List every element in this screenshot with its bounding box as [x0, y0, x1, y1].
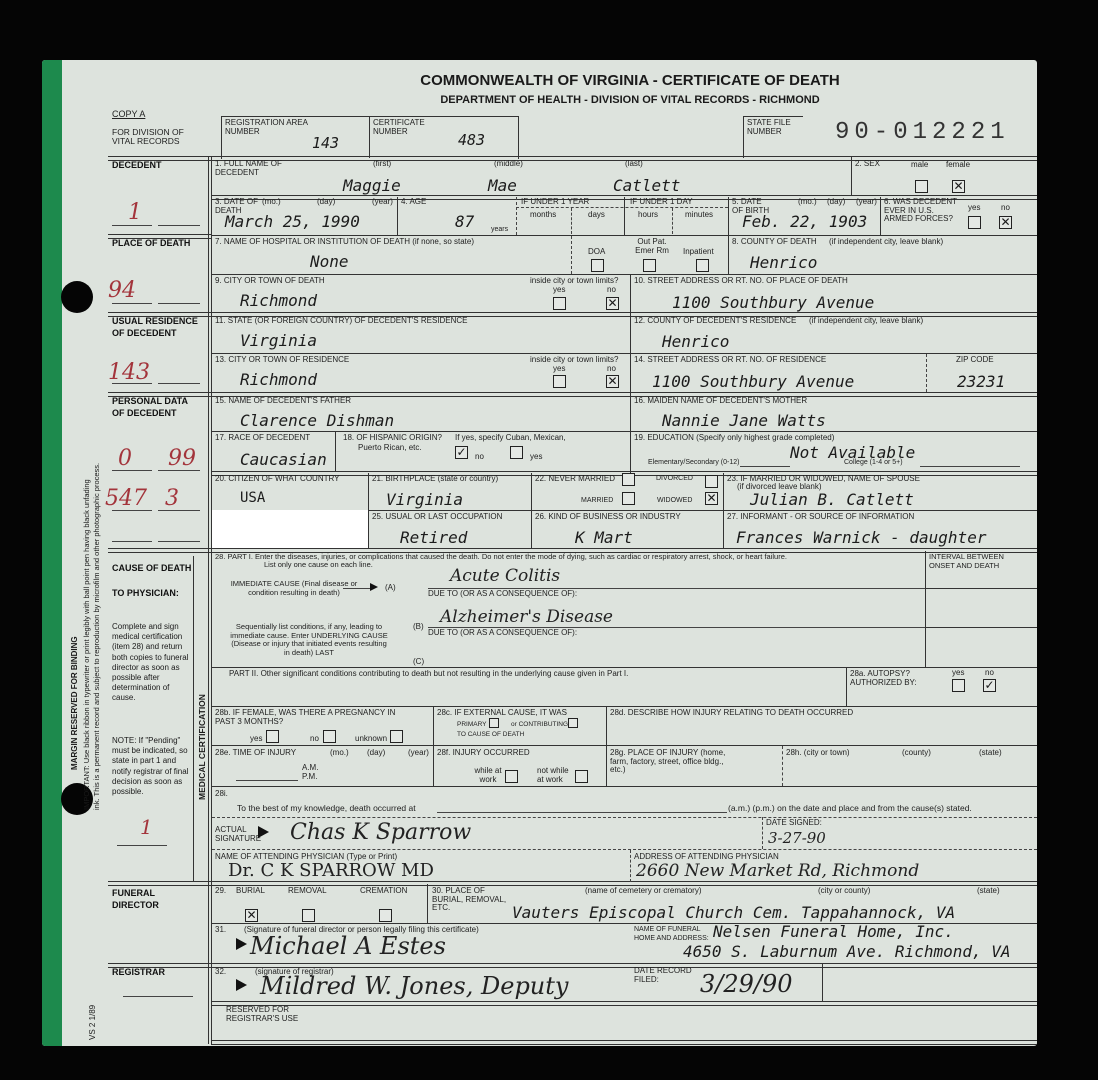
f2-label: 2. SEX	[855, 160, 880, 169]
f1-label: 1. FULL NAME OF DECEDENT	[215, 160, 295, 177]
widowed-label: WIDOWED	[657, 497, 692, 506]
while-at-work-label: while at work	[473, 767, 503, 784]
f25-label: 25. USUAL OR LAST OCCUPATION	[372, 513, 502, 522]
f9-yes: yes	[553, 286, 565, 295]
armed-no-label: no	[1001, 204, 1010, 213]
describe-injury-label: 28d. DESCRIBE HOW INJURY RELATING TO DEA…	[610, 709, 853, 718]
code-race-1: 0	[118, 446, 132, 471]
f3-mo: (mo.)	[262, 198, 281, 207]
copy-label: COPY A	[112, 110, 145, 119]
death-street-address[interactable]: 1100 Southbury Avenue	[672, 293, 874, 312]
preg-yes-checkbox[interactable]	[266, 730, 279, 743]
funeral-home-name[interactable]: Nelsen Funeral Home, Inc.	[713, 922, 954, 941]
physician-signature[interactable]: Chas K Sparrow	[290, 820, 471, 845]
code-citizen-2: 3	[165, 486, 179, 511]
autopsy-yes-checkbox[interactable]	[952, 679, 965, 692]
cremation-label: CREMATION	[360, 887, 407, 896]
not-while-at-work-label: not while at work	[537, 767, 573, 784]
preg-no-label: no	[310, 735, 319, 744]
f17-label: 17. RACE OF DECEDENT	[215, 434, 310, 443]
section-funeral-director: FUNERAL DIRECTOR	[112, 888, 182, 911]
date-filed-label: DATE RECORD FILED:	[634, 967, 704, 984]
armed-yes-label: yes	[968, 204, 980, 213]
arrow-icon	[236, 938, 247, 950]
never-married-label: 22. NEVER MARRIED	[535, 475, 615, 484]
f27-label: 27. INFORMANT - OR SOURCE OF INFORMATION	[727, 513, 914, 522]
injury-city-label: 28h. (city or town)	[786, 749, 850, 758]
physician-address[interactable]: 2660 New Market Rd, Richmond	[636, 861, 919, 881]
f8-hint: (if independent city, leave blank)	[829, 238, 943, 247]
while-at-work-checkbox[interactable]	[505, 770, 518, 783]
hispanic-no-checkbox[interactable]: ✓	[455, 446, 468, 459]
code-place: 94	[108, 278, 136, 303]
hours-label: hours	[638, 211, 658, 220]
autopsy-no-label: no	[985, 669, 994, 678]
decedent-middle-name[interactable]: Mae	[488, 176, 517, 195]
f4-label: 4. AGE	[401, 198, 426, 207]
spouse-name[interactable]: Julian B. Catlett	[750, 490, 914, 509]
due-to-a: DUE TO (OR AS A CONSEQUENCE OF):	[428, 590, 577, 599]
race[interactable]: Caucasian	[240, 450, 327, 469]
form-id: VS 2 1/89	[88, 1005, 97, 1040]
f18-hint: If yes, specify Cuban, Mexican,	[455, 434, 566, 443]
reserved-label: RESERVED FOR REGISTRAR'S USE	[226, 1006, 326, 1023]
external-cause-label: 28c. IF EXTERNAL CAUSE, IT WAS	[437, 709, 567, 718]
cause-a-letter: (A)	[385, 584, 396, 593]
arrow-icon	[258, 826, 269, 838]
f30-label: 30. PLACE OF BURIAL, REMOVAL, ETC.	[432, 887, 512, 913]
item-28i: 28i.	[215, 790, 228, 799]
removal-label: REMOVAL	[288, 887, 327, 896]
death-limits-no-checkbox[interactable]: ✕	[606, 297, 619, 310]
cert-number-value: 483	[458, 131, 485, 149]
f1-middle-label: (middle)	[494, 160, 523, 169]
code-cause: 1	[140, 815, 153, 839]
f13-no: no	[607, 365, 616, 374]
primary-checkbox[interactable]	[489, 718, 499, 728]
knowledge-statement-end: (a.m.) (p.m.) on the date and place and …	[728, 804, 972, 813]
age-years[interactable]: 87	[455, 212, 474, 231]
cause-b-letter: (B)	[413, 623, 424, 632]
f13-yes: yes	[553, 365, 565, 374]
injury-occurred-label: 28f. INJURY OCCURRED	[437, 749, 530, 758]
outpat-checkbox[interactable]	[643, 259, 656, 272]
under-day-label: IF UNDER 1 DAY	[630, 198, 693, 207]
f5-year: (year)	[856, 198, 877, 207]
f5-mo: (mo.)	[798, 198, 817, 207]
f21-label: 21. BIRTHPLACE (state or country)	[372, 475, 498, 484]
f18-hint2: Puerto Rican, etc.	[358, 444, 422, 453]
cause-a[interactable]: Acute Colitis	[450, 566, 560, 586]
medical-certification-label: MEDICAL CERTIFICATION	[197, 694, 207, 800]
code-decedent: 1	[128, 200, 142, 225]
f14-label: 14. STREET ADDRESS OR RT. NO. OF RESIDEN…	[634, 356, 826, 365]
divorced-checkbox[interactable]	[705, 475, 718, 488]
f20-label: 20. CITIZEN OF WHAT COUNTRY	[215, 475, 339, 484]
city-of-death[interactable]: Richmond	[240, 291, 317, 310]
injury-state-label: (state)	[979, 749, 1002, 758]
autopsy-yes-label: yes	[952, 669, 964, 678]
autopsy-no-checkbox[interactable]: ✓	[983, 679, 996, 692]
redacted-field	[212, 510, 368, 548]
zip-label: ZIP CODE	[956, 356, 994, 365]
registrar-signature[interactable]: Mildred W. Jones, Deputy	[260, 972, 568, 1000]
hispanic-yes-checkbox[interactable]	[510, 446, 523, 459]
sequential-instruction: Sequentially list conditions, if any, le…	[229, 623, 389, 657]
birthplace[interactable]: Virginia	[386, 490, 463, 509]
margin-permanent: ink. This is a permanent record and subj…	[92, 463, 101, 810]
time-mo: (mo.)	[330, 749, 349, 758]
outpat-label: Out Pat. Emer Rm	[634, 238, 670, 255]
autopsy-label: 28a. AUTOPSY? AUTHORIZED BY:	[850, 670, 925, 687]
f1-first-label: (first)	[373, 160, 391, 169]
date-of-birth[interactable]: Feb. 22, 1903	[742, 212, 867, 231]
interval-label: INTERVAL BETWEEN ONSET AND DEATH	[929, 553, 1009, 570]
zip-code[interactable]: 23231	[957, 372, 1005, 391]
primary-label: PRIMARY	[457, 721, 487, 730]
code-citizen-1: 547	[105, 486, 147, 511]
contributing-checkbox[interactable]	[568, 718, 578, 728]
pending-note: NOTE: If "Pending" must be indicated, so…	[112, 736, 192, 797]
arrow-icon	[236, 979, 247, 991]
f9-no: no	[607, 286, 616, 295]
cause-b[interactable]: Alzheimer's Disease	[440, 607, 613, 627]
f31-label: 31.	[215, 926, 226, 935]
date-of-death[interactable]: March 25, 1990	[225, 212, 360, 231]
sex-female-label: female	[946, 161, 970, 170]
f8-label: 8. COUNTY OF DEATH	[732, 238, 817, 247]
death-limits-yes-checkbox[interactable]	[553, 297, 566, 310]
f3-day: (day)	[317, 198, 335, 207]
section-place-of-death: PLACE OF DEATH	[112, 238, 192, 250]
time-injury-label: 28e. TIME OF INJURY	[215, 749, 296, 758]
state-file-label: STATE FILE NUMBER	[747, 119, 807, 136]
pregnancy-label: 28b. IF FEMALE, WAS THERE A PREGNANCY IN…	[215, 709, 405, 726]
f13-label: 13. CITY OR TOWN OF RESIDENCE	[215, 356, 349, 365]
section-usual-residence: USUAL RESIDENCE OF DECEDENT	[112, 316, 202, 339]
to-physician: TO PHYSICIAN:	[112, 588, 182, 600]
f19-elementary: Elementary/Secondary (0-12)	[648, 459, 739, 468]
time-day: (day)	[367, 749, 385, 758]
f13-limits: inside city or town limits?	[530, 356, 618, 365]
inpatient-checkbox[interactable]	[696, 259, 709, 272]
f9-label: 9. CITY OR TOWN OF DEATH	[215, 277, 325, 286]
f26-label: 26. KIND OF BUSINESS OR INDUSTRY	[535, 513, 681, 522]
city-hint: (city or county)	[818, 887, 870, 896]
binding-strip	[42, 60, 62, 1046]
burial-label: BURIAL	[236, 887, 265, 896]
f12-label: 12. COUNTY OF DECEDENT'S RESIDENCE	[634, 317, 796, 326]
education[interactable]: Not Available	[790, 443, 915, 462]
margin-title: MARGIN RESERVED FOR BINDING	[70, 636, 79, 770]
punch-hole	[61, 281, 93, 313]
inpatient-label: Inpatient	[683, 248, 714, 257]
not-while-at-work-checkbox[interactable]	[575, 770, 588, 783]
section-personal-data: PERSONAL DATA OF DECEDENT	[112, 396, 192, 419]
code-race-2: 99	[168, 446, 196, 471]
hispanic-yes-label: yes	[530, 453, 542, 462]
f16-label: 16. MAIDEN NAME OF DECEDENT'S MOTHER	[634, 397, 807, 406]
hispanic-no-label: no	[475, 453, 484, 462]
f29-label: 29.	[215, 887, 226, 896]
sex-male-label: male	[911, 161, 928, 170]
funeral-home-address[interactable]: 4650 S. Laburnum Ave. Richmond, VA	[683, 942, 1011, 961]
time-year: (year)	[408, 749, 429, 758]
doa-label: DOA	[588, 248, 605, 257]
margin-important: IMPORTANT: Use black ribbon in typewrite…	[82, 479, 91, 810]
date-signed[interactable]: 3-27-90	[768, 829, 826, 847]
cause-c-letter: (C)	[413, 658, 424, 667]
f18-label: 18. OF HISPANIC ORIGIN?	[343, 434, 442, 443]
armed-yes-checkbox[interactable]	[968, 216, 981, 229]
f11-label: 11. STATE (OR FOREIGN COUNTRY) OF DECEDE…	[215, 317, 468, 326]
cert-number-label: CERTIFICATE NUMBER	[373, 119, 443, 136]
widowed-checkbox[interactable]: ✕	[705, 492, 718, 505]
doa-checkbox[interactable]	[591, 259, 604, 272]
armed-no-checkbox[interactable]: ✕	[999, 216, 1012, 229]
residence-street[interactable]: 1100 Southbury Avenue	[652, 372, 854, 391]
part1-instruction-2: List only one cause on each line.	[264, 561, 373, 570]
f12-hint: (if independent city, leave blank)	[809, 317, 923, 326]
residence-county[interactable]: Henrico	[662, 332, 729, 351]
section-registrar: REGISTRAR	[112, 967, 165, 979]
hospital-name[interactable]: None	[310, 252, 349, 271]
physician-name[interactable]: Dr. C K SPARROW MD	[228, 860, 434, 881]
preg-unknown-checkbox[interactable]	[390, 730, 403, 743]
minutes-label: minutes	[685, 211, 713, 220]
divorced-label: DIVORCED	[656, 475, 693, 484]
under-year-label: IF UNDER 1 YEAR	[521, 198, 589, 207]
part2-instruction: PART II. Other significant conditions co…	[229, 670, 628, 679]
f10-label: 10. STREET ADDRESS OR RT. NO. OF PLACE O…	[634, 277, 848, 286]
reg-area-label: REGISTRATION AREA NUMBER	[225, 119, 315, 136]
immediate-cause-label: IMMEDIATE CAUSE (Final disease or condit…	[229, 580, 359, 597]
f5-day: (day)	[827, 198, 845, 207]
certificate-subtitle: DEPARTMENT OF HEALTH - DIVISION OF VITAL…	[210, 94, 1050, 106]
date-filed[interactable]: 3/29/90	[700, 970, 793, 998]
contributing-label: or CONTRIBUTING	[511, 721, 568, 730]
arrow-icon	[370, 583, 378, 591]
funeral-home-label: NAME OF FUNERAL HOME AND ADDRESS:	[634, 926, 714, 943]
reg-area-value: 143	[312, 134, 339, 152]
state-hint: (state)	[977, 887, 1000, 896]
knowledge-statement: To the best of my knowledge, death occur…	[237, 804, 416, 813]
informant[interactable]: Frances Warnick - daughter	[736, 528, 986, 547]
cemetery-hint: (name of cemetery or crematory)	[585, 887, 701, 896]
burial-checkbox[interactable]: ✕	[245, 909, 258, 922]
copy-for-label: FOR DIVISION OF VITAL RECORDS	[112, 128, 207, 146]
occupation[interactable]: Retired	[400, 528, 467, 547]
f9-limits: inside city or town limits?	[530, 277, 618, 286]
years-label: years	[491, 226, 508, 235]
preg-yes-label: yes	[250, 735, 262, 744]
res-limits-no-checkbox[interactable]: ✕	[606, 375, 619, 388]
days-label: days	[588, 211, 605, 220]
section-decedent: DECEDENT	[112, 160, 162, 172]
sex-female-checkbox[interactable]: ✕	[952, 180, 965, 193]
preg-unknown-label: unknown	[355, 735, 387, 744]
never-married-checkbox[interactable]	[622, 473, 635, 486]
father-name[interactable]: Clarence Dishman	[240, 411, 394, 430]
cremation-checkbox[interactable]	[379, 909, 392, 922]
state-file-number: 90-012221	[835, 119, 1010, 146]
res-limits-yes-checkbox[interactable]	[553, 375, 566, 388]
f32-label: 32.	[215, 968, 226, 977]
f1-last-label: (last)	[625, 160, 643, 169]
certificate-title: COMMONWEALTH OF VIRGINIA - CERTIFICATE O…	[210, 72, 1050, 89]
place-injury-label: 28g. PLACE OF INJURY (home, farm, factor…	[610, 749, 740, 775]
residence-state[interactable]: Virginia	[240, 331, 317, 350]
date-signed-label: DATE SIGNED:	[766, 819, 822, 828]
pm-label: P.M.	[302, 773, 317, 782]
f3-year: (year)	[372, 198, 393, 207]
funeral-director-signature[interactable]: Michael A Estes	[250, 932, 446, 960]
due-to-b: DUE TO (OR AS A CONSEQUENCE OF):	[428, 629, 577, 638]
mother-maiden-name[interactable]: Nannie Jane Watts	[662, 411, 826, 430]
injury-county-label: (county)	[902, 749, 931, 758]
code-residence: 143	[108, 360, 150, 385]
married-label: MARRIED	[581, 497, 613, 506]
sex-male-checkbox[interactable]	[915, 180, 928, 193]
place-of-burial[interactable]: Vauters Episcopal Church Cem. Tappahanno…	[512, 903, 955, 922]
section-cause-of-death: CAUSE OF DEATH	[112, 563, 191, 575]
f19-label: 19. EDUCATION (Specify only highest grad…	[634, 434, 834, 443]
to-cause-label: TO CAUSE OF DEATH	[457, 731, 524, 740]
decedent-last-name[interactable]: Catlett	[613, 176, 680, 195]
married-checkbox[interactable]	[622, 492, 635, 505]
residence-city[interactable]: Richmond	[240, 370, 317, 389]
removal-checkbox[interactable]	[302, 909, 315, 922]
county-of-death[interactable]: Henrico	[750, 253, 817, 272]
f7-label: 7. NAME OF HOSPITAL OR INSTITUTION OF DE…	[215, 238, 474, 247]
decedent-first-name[interactable]: Maggie	[343, 176, 401, 195]
citizenship[interactable]: USA	[240, 490, 265, 506]
preg-no-checkbox[interactable]	[323, 730, 336, 743]
f6-label: 6. WAS DECEDENT EVER IN U.S. ARMED FORCE…	[884, 198, 964, 224]
months-label: months	[530, 211, 556, 220]
business-industry[interactable]: K Mart	[575, 528, 633, 547]
physician-instructions: Complete and sign medical certification …	[112, 622, 192, 704]
f15-label: 15. NAME OF DECEDENT'S FATHER	[215, 397, 351, 406]
